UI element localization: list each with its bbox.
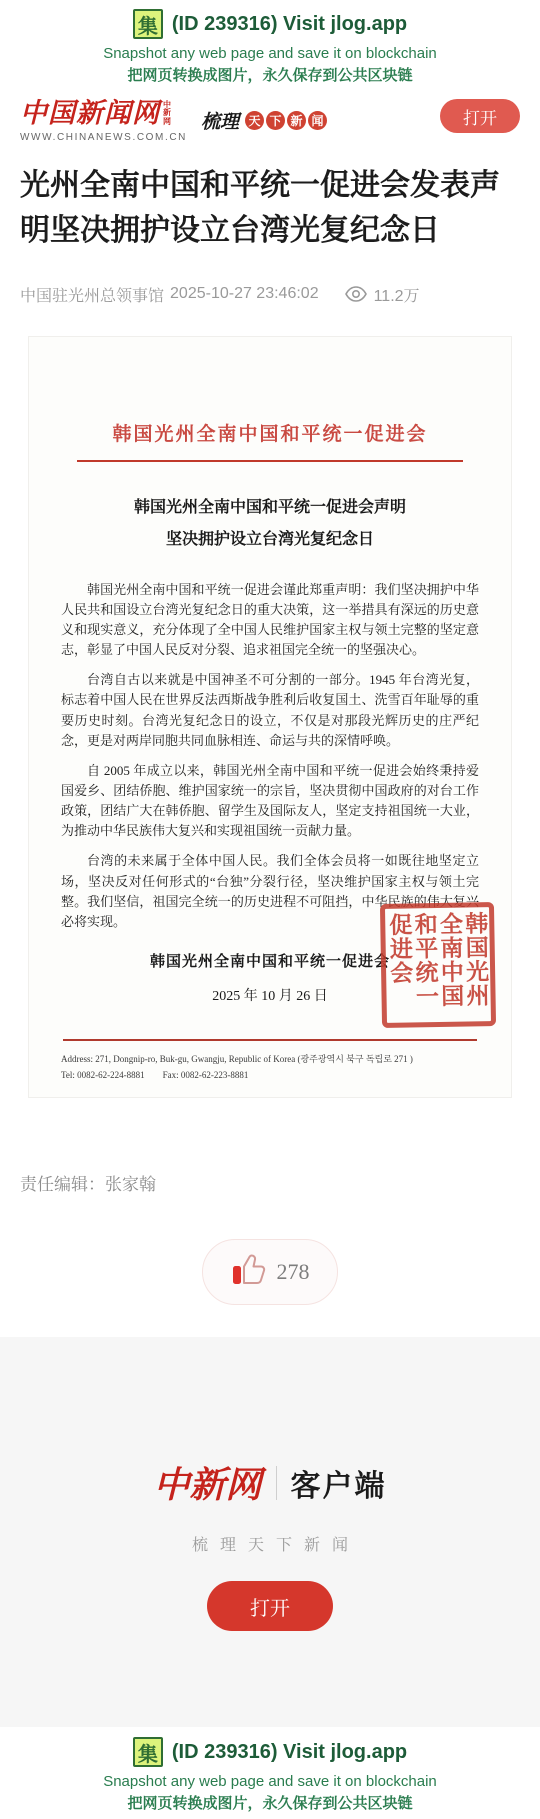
thumbs-up-icon (231, 1253, 267, 1292)
eye-icon (345, 286, 367, 302)
red-seal-stamp: 韩国光州全南中国和平统一促进会 (380, 902, 496, 1028)
doc-paragraph: 韩国光州全南中国和平统一促进会谨此郑重声明：我们坚决拥护中华人民共和国设立台湾光… (61, 580, 479, 661)
app-download-footer: 中新网 客户端 梳理天下新闻 打开 (0, 1337, 540, 1727)
footer-logo-row: 中新网 客户端 (153, 1457, 386, 1508)
doc-paragraph: 台湾自古以来就是中国神圣不可分割的一部分。1945 年台湾光复，标志着中国人民在… (61, 670, 479, 751)
jlog-link-row[interactable]: 集 (ID 239316) Visit jlog.app (0, 9, 540, 39)
jlog-banner-top: 集 (ID 239316) Visit jlog.app Snapshot an… (0, 0, 540, 91)
jlog-tagline-zh: 把网页转换成图片，永久保存到公共区块链 (0, 1792, 540, 1813)
doc-contact-block: Address: 271, Dongnip-ro, Buk-gu, Gwangj… (61, 1051, 479, 1083)
view-counter: 11.2万 (345, 283, 420, 306)
jlog-logo-icon: 集 (133, 1737, 163, 1767)
slogan-badge: 新 (287, 111, 306, 130)
article-datetime: 2025-10-27 23:46:02 (170, 285, 319, 303)
doc-body: 韩国光州全南中国和平统一促进会谨此郑重声明：我们坚决拥护中华人民共和国设立台湾光… (61, 580, 479, 932)
jlog-logo-icon: 集 (133, 9, 163, 39)
site-header: 中国新闻网 中 新 网 WWW.CHINANEWS.COM.CN 梳理 天 下 … (0, 91, 540, 143)
like-button[interactable]: 278 (202, 1239, 338, 1305)
jlog-visit-link[interactable]: (ID 239316) Visit jlog.app (172, 1741, 407, 1764)
slogan-prefix-text: 梳理 (201, 107, 239, 134)
slogan-badge: 下 (266, 111, 285, 130)
jlog-link-row[interactable]: 集 (ID 239316) Visit jlog.app (0, 1737, 540, 1767)
chinanews-logo[interactable]: 中国新闻网 中 新 网 WWW.CHINANEWS.COM.CN (20, 99, 187, 143)
jlog-visit-link[interactable]: (ID 239316) Visit jlog.app (172, 13, 407, 36)
article-title: 光州全南中国和平统一促进会发表声明坚决拥护设立台湾光复纪念日 (20, 163, 520, 253)
doc-footer-rule (63, 1039, 477, 1041)
statement-document-image: 韩国光州全南中国和平统一促进会 韩国光州全南中国和平统一促进会声明 坚决拥护设立… (28, 336, 512, 1099)
chinanews-app-logo: 中新网 (153, 1457, 261, 1508)
doc-address-line: Address: 271, Dongnip-ro, Buk-gu, Gwangj… (61, 1051, 479, 1067)
footer-client-label: 客户端 (291, 1461, 387, 1505)
like-row: 278 (0, 1239, 540, 1305)
slogan-badge: 天 (245, 111, 264, 130)
doc-letterhead: 韩国光州全南中国和平统一促进会 (61, 419, 479, 446)
jlog-tagline-en: Snapshot any web page and save it on blo… (0, 1773, 540, 1790)
chinanews-url: WWW.CHINANEWS.COM.CN (20, 132, 187, 143)
footer-slogan: 梳理天下新闻 (180, 1532, 360, 1555)
editor-credit: 责任编辑：张家翰 (20, 1170, 520, 1195)
doc-title: 韩国光州全南中国和平统一促进会声明 坚决拥护设立台湾光复纪念日 (61, 492, 479, 556)
article-meta: 中国驻光州总领事馆 2025-10-27 23:46:02 11.2万 (20, 283, 520, 306)
chinanews-logo-text: 中国新闻网 (20, 99, 160, 129)
slogan-badge: 闻 (308, 111, 327, 130)
jlog-tagline-zh: 把网页转换成图片，永久保存到公共区块链 (0, 64, 540, 85)
chinanews-logo-side: 中 新 网 (163, 101, 171, 126)
footer-logo-divider (276, 1466, 277, 1500)
view-count: 11.2万 (374, 283, 420, 306)
doc-letterhead-rule (77, 460, 463, 462)
doc-tel-line: Tel: 0082-62-224-8881 Fax: 0082-62-223-8… (61, 1067, 479, 1083)
jlog-tagline-en: Snapshot any web page and save it on blo… (0, 45, 540, 62)
open-app-button-header[interactable]: 打开 (440, 99, 520, 133)
jlog-banner-bottom: 集 (ID 239316) Visit jlog.app Snapshot an… (0, 1727, 540, 1819)
like-count: 278 (277, 1259, 310, 1285)
doc-paragraph: 自 2005 年成立以来，韩国光州全南中国和平统一促进会始终秉持爱国爱乡、团结侨… (61, 761, 479, 842)
article-source: 中国驻光州总领事馆 (20, 283, 164, 306)
open-app-button-footer[interactable]: 打开 (207, 1581, 333, 1631)
doc-title-line1: 韩国光州全南中国和平统一促进会声明 (61, 492, 479, 524)
logo-side-char: 网 (163, 118, 171, 126)
doc-title-line2: 坚决拥护设立台湾光复纪念日 (61, 524, 479, 556)
slogan-graphic: 梳理 天 下 新 闻 (201, 107, 327, 134)
